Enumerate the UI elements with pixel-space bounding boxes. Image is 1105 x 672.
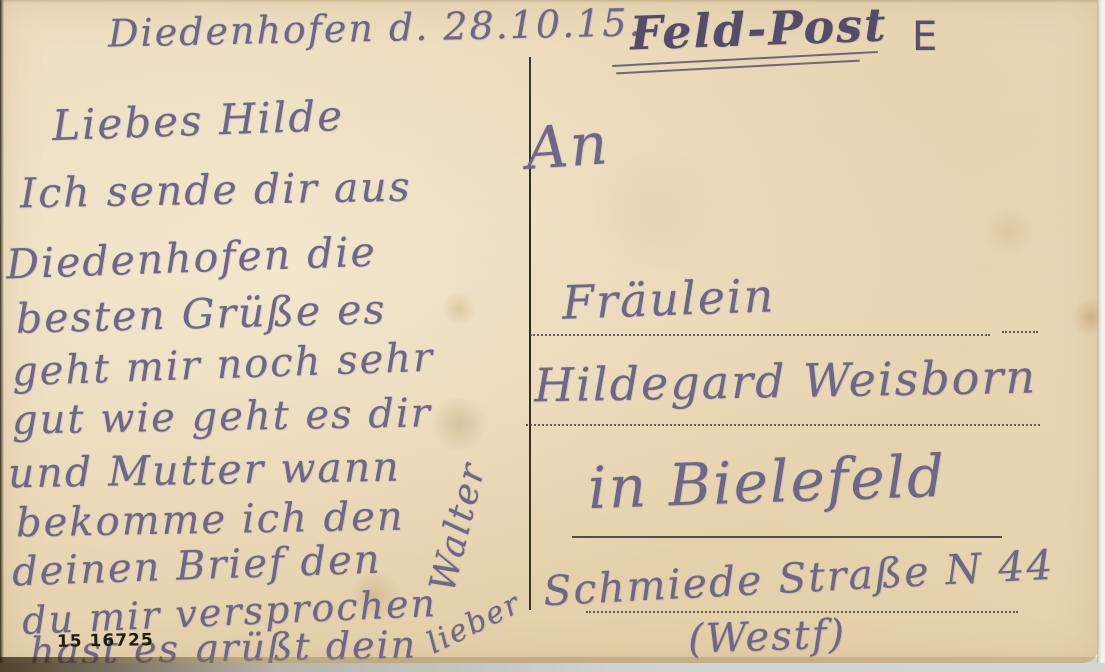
message-line: Ich sende dir aus (20, 163, 413, 218)
address-recipient-title: Fräulein (561, 268, 776, 329)
feldpost-label-handwriting: Feld-Post (629, 0, 888, 60)
message-line: und Mutter wann (8, 443, 401, 498)
message-line: gut wie geht es dir (12, 390, 433, 443)
address-rule-1 (530, 334, 990, 336)
address-rule-2 (526, 424, 1040, 426)
address-city-underline (572, 536, 1002, 538)
postcard-scan: Diedenhofen d. 28.10.15. Feld-Post E Lie… (0, 0, 1105, 672)
message-salutation: Liebes Hilde (51, 91, 345, 150)
address-city-line: in Bielefeld (587, 442, 947, 522)
address-rule-1b (1002, 331, 1038, 333)
message-line: besten Grüße es (15, 285, 387, 343)
scan-edge-top (0, 0, 1105, 3)
address-intro: An (524, 109, 612, 183)
address-region-line: (Westf) (687, 611, 847, 662)
printed-control-number: 15 16725 (57, 630, 154, 652)
sorting-mark: E (912, 14, 939, 60)
address-recipient-name: Hildegard Weisborn (534, 350, 1038, 413)
scan-edge-left (0, 0, 4, 663)
scan-edge-right (1097, 0, 1105, 663)
scan-edge-bottom (0, 663, 1105, 672)
